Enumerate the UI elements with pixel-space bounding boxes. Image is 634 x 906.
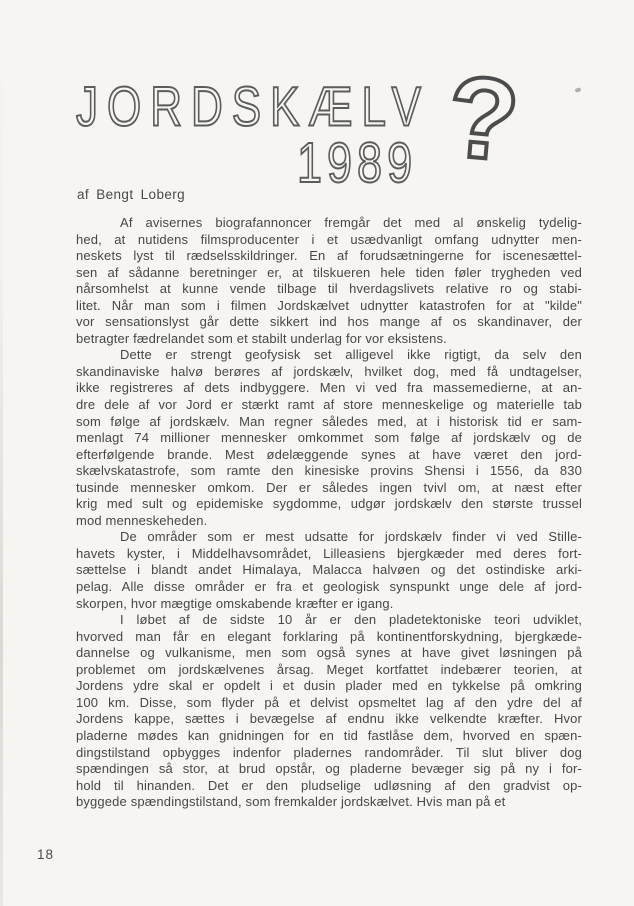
text-line: krig med sult og epidemiske sygdomme, ud…: [76, 496, 582, 513]
text-line: skandinaviske halvø berøres af jordskælv…: [76, 364, 582, 381]
text-line: vor sensationslyst går dette sikkert ind…: [76, 314, 582, 331]
question-mark-graphic: ?: [443, 59, 523, 180]
byline: af Bengt Loberg: [77, 187, 185, 202]
text-line: Dette er strengt geofysisk set alligevel…: [76, 347, 582, 364]
text-line: dre dele af vor Jord er stærkt ramt af s…: [76, 397, 582, 414]
text-line: menlagt 74 millioner mennesker omkommet …: [76, 430, 582, 447]
text-line: efterfølgende brande. Mest ødelæggende s…: [76, 447, 582, 464]
text-line: pelag. Alle disse områder er fra et geol…: [76, 579, 582, 596]
text-line: Jordens ydre skal er opdelt i et dusin p…: [76, 678, 582, 695]
text-line: dannelse og vulkanisme, men som også syn…: [76, 645, 582, 662]
text-line: problemet om jordskælvenes årsag. Meget …: [76, 662, 582, 679]
scan-edge-artifact: [0, 0, 3, 906]
text-line: havets kyster, i Middelhavsområdet, Lill…: [76, 546, 582, 563]
text-line: pladerne mødes kan gnidningen for en tid…: [76, 728, 582, 745]
text-line: I løbet af de sidste 10 år er den pladet…: [76, 612, 582, 629]
text-line: 100 km. Disse, som flyder på et delvist …: [76, 695, 582, 712]
article-title: JORDSKÆLV: [76, 80, 430, 135]
scan-speck-artifact: [574, 87, 581, 93]
text-line: mod menneskeheden.: [76, 513, 582, 530]
text-line: hvorved man får en elegant forklaring på…: [76, 629, 582, 646]
text-line: skælvskatastrofe, som ramte den kinesisk…: [76, 463, 582, 480]
page-number: 18: [37, 847, 54, 862]
text-line: De områder som er mest udsatte for jords…: [76, 529, 582, 546]
text-line: hold til hinanden. Det er den pludselige…: [76, 778, 582, 795]
text-line: sættelse i blandt andet Himalaya, Malacc…: [76, 562, 582, 579]
article-title-year: 1989: [297, 134, 417, 191]
text-line: neskets lyst til rædselsskildringer. En …: [76, 248, 582, 265]
text-line: ikke registreres af dets indbyggere. Men…: [76, 380, 582, 397]
text-line: betragter fædrelandet som et stabilt und…: [76, 331, 582, 348]
text-line: som følge af jordskælv. Man regner såled…: [76, 414, 582, 431]
text-line: Af avisernes biografannoncer fremgår det…: [76, 215, 582, 232]
article-body: Af avisernes biografannoncer fremgår det…: [76, 215, 582, 811]
text-line: byggede spændingstilstand, som fremkalde…: [76, 794, 582, 811]
text-line: hed, at nutidens filmsproducenter i et u…: [76, 232, 582, 249]
text-line: spændingen så stor, at brud opstår, og p…: [76, 761, 582, 778]
text-line: litet. Når man som i filmen Jordskælvet …: [76, 298, 582, 315]
text-line: dingstilstand opbygges indenfor pladerne…: [76, 745, 582, 762]
text-line: skorpen, hvor mægtige omskabende kræfter…: [76, 596, 582, 613]
text-line: Jordens kappe, sættes i bevægelse af end…: [76, 711, 582, 728]
text-line: sen af sådanne beretninger er, at tilsku…: [76, 265, 582, 282]
document-page: JORDSKÆLV 1989 ? af Bengt Loberg Af avis…: [0, 0, 634, 906]
text-line: nårsomhelst at kunne vende tilbage til h…: [76, 281, 582, 298]
text-line: tusinde mennesker omkom. Der er således …: [76, 480, 582, 497]
